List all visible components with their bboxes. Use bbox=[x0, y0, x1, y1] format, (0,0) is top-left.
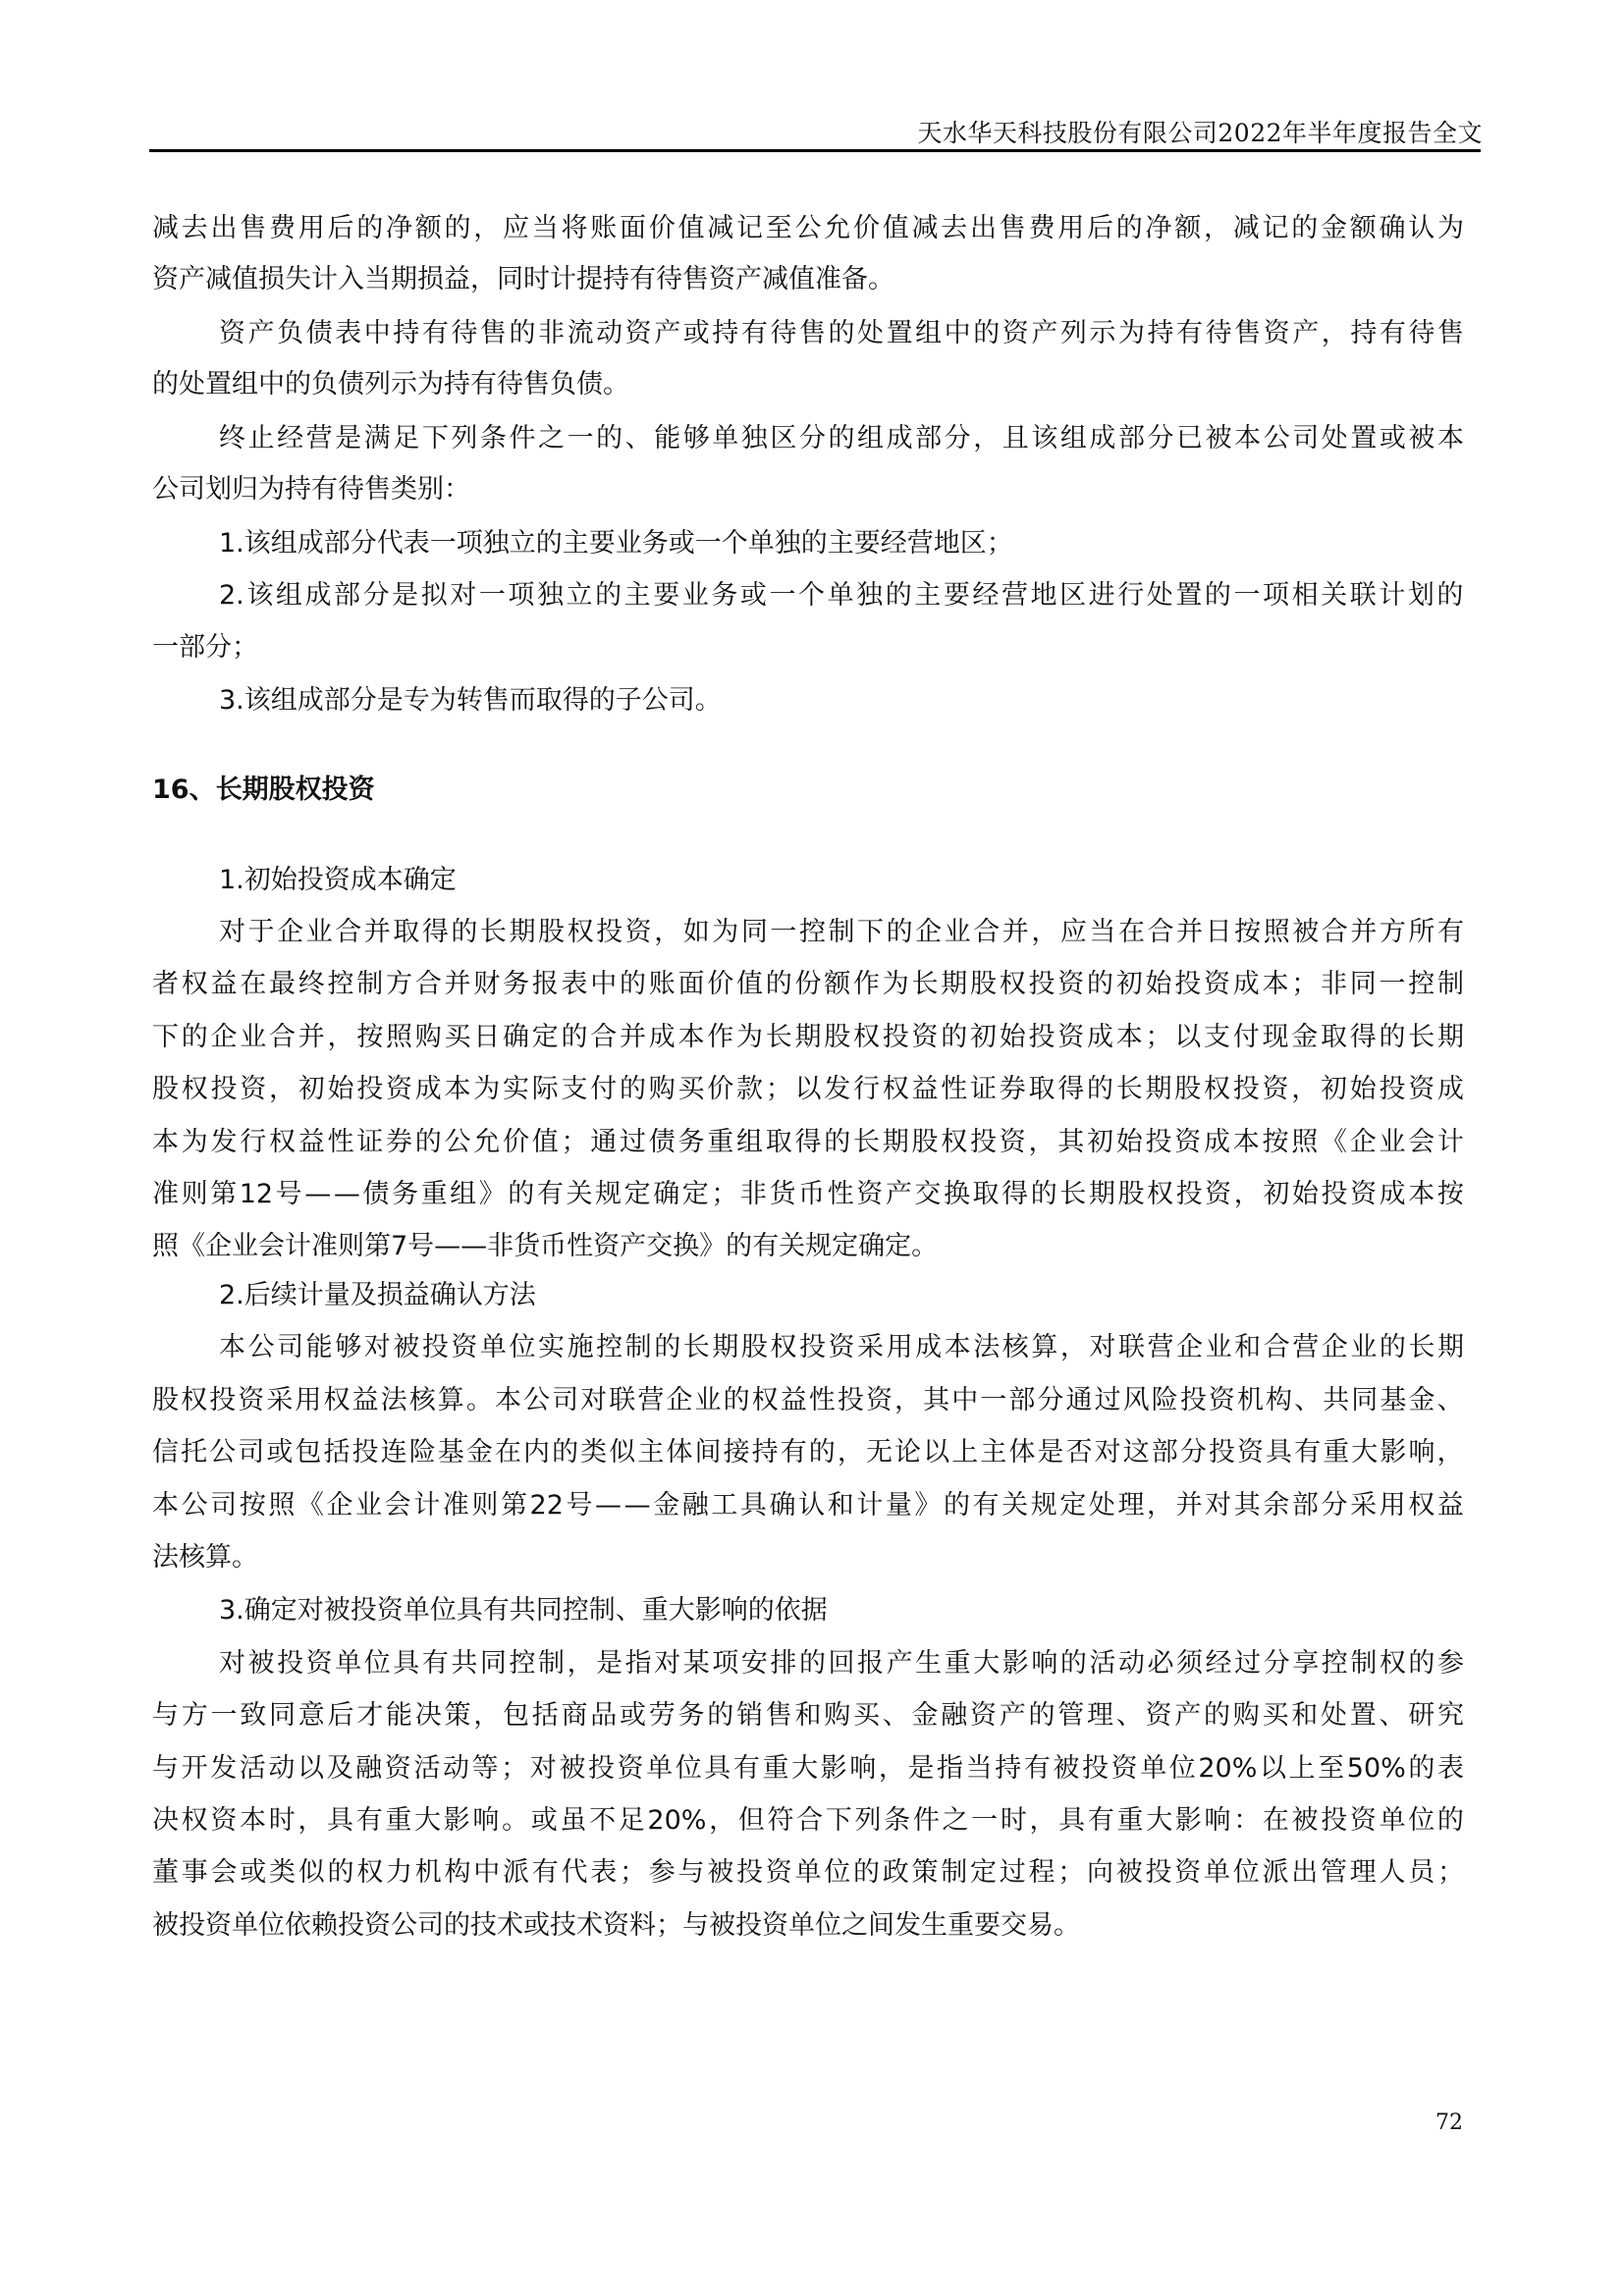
text-line: 本公司按照《企业会计准则第22号——金融工具确认和计量》的有关规定处理，并对其余… bbox=[152, 1486, 1464, 1525]
section-heading: 16、长期股权投资 bbox=[152, 771, 375, 810]
text-line: 董事会或类似的权力机构中派有代表；参与被投资单位的政策制定过程；向被投资单位派出… bbox=[152, 1853, 1464, 1893]
text-line: 1.初始投资成本确定 bbox=[219, 861, 1464, 900]
text-line: 股权投资，初始投资成本为实际支付的购买价款；以发行权益性证券取得的长期股权投资，… bbox=[152, 1070, 1464, 1109]
text-line: 者权益在最终控制方合并财务报表中的账面价值的份额作为长期股权投资的初始投资成本；… bbox=[152, 965, 1464, 1004]
text-line: 股权投资采用权益法核算。本公司对联营企业的权益性投资，其中一部分通过风险投资机构… bbox=[152, 1381, 1464, 1420]
text-line: 资产负债表中持有待售的非流动资产或持有待售的处置组中的资产列示为持有待售资产，持… bbox=[219, 314, 1464, 353]
text-line: 法核算。 bbox=[152, 1538, 1464, 1577]
text-line: 与方一致同意后才能决策，包括商品或劳务的销售和购买、金融资产的管理、资产的购买和… bbox=[152, 1696, 1464, 1735]
text-line: 对被投资单位具有共同控制，是指对某项安排的回报产生重大影响的活动必须经过分享控制… bbox=[219, 1644, 1464, 1683]
text-line: 下的企业合并，按照购买日确定的合并成本作为长期股权投资的初始投资成本；以支付现金… bbox=[152, 1018, 1464, 1057]
text-line: 减去出售费用后的净额的，应当将账面价值减记至公允价值减去出售费用后的净额，减记的… bbox=[152, 209, 1464, 248]
page-number: 72 bbox=[1435, 2110, 1463, 2135]
text-line: 2.后续计量及损益确认方法 bbox=[219, 1276, 1464, 1315]
text-line: 终止经营是满足下列条件之一的、能够单独区分的组成部分，且该组成部分已被本公司处置… bbox=[219, 419, 1464, 458]
text-line: 决权资本时，具有重大影响。或虽不足20%，但符合下列条件之一时，具有重大影响：在… bbox=[152, 1801, 1464, 1841]
text-line: 1.该组成部分代表一项独立的主要业务或一个单独的主要经营地区； bbox=[219, 524, 1464, 563]
text-line: 与开发活动以及融资活动等；对被投资单位具有重大影响，是指当持有被投资单位20%以… bbox=[152, 1749, 1464, 1789]
text-line: 2.该组成部分是拟对一项独立的主要业务或一个单独的主要经营地区进行处置的一项相关… bbox=[219, 576, 1464, 615]
text-line: 3.该组成部分是专为转售而取得的子公司。 bbox=[219, 681, 1464, 721]
header-divider bbox=[149, 149, 1481, 152]
text-line: 被投资单位依赖投资公司的技术或技术资料；与被投资单位之间发生重要交易。 bbox=[152, 1906, 1464, 1946]
text-line: 对于企业合并取得的长期股权投资，如为同一控制下的企业合并，应当在合并日按照被合并… bbox=[219, 913, 1464, 952]
text-line: 公司划归为持有待售类别： bbox=[152, 470, 1464, 509]
text-line: 信托公司或包括投连险基金在内的类似主体间接持有的，无论以上主体是否对这部分投资具… bbox=[152, 1433, 1464, 1472]
text-line: 一部分； bbox=[152, 628, 1464, 667]
text-line: 本公司能够对被投资单位实施控制的长期股权投资采用成本法核算，对联营企业和合营企业… bbox=[219, 1328, 1464, 1367]
text-line: 资产减值损失计入当期损益，同时计提持有待售资产减值准备。 bbox=[152, 260, 1464, 299]
text-line: 照《企业会计准则第7号——非货币性资产交换》的有关规定确定。 bbox=[152, 1227, 1464, 1266]
text-line: 的处置组中的负债列示为持有待售负债。 bbox=[152, 365, 1464, 404]
report-header-title: 天水华天科技股份有限公司2022年半年度报告全文 bbox=[884, 114, 1483, 149]
text-line: 准则第12号——债务重组》的有关规定确定；非货币性资产交换取得的长期股权投资，初… bbox=[152, 1175, 1464, 1214]
text-line: 本为发行权益性证券的公允价值；通过债务重组取得的长期股权投资，其初始投资成本按照… bbox=[152, 1123, 1464, 1162]
text-line: 3.确定对被投资单位具有共同控制、重大影响的依据 bbox=[219, 1591, 1464, 1630]
